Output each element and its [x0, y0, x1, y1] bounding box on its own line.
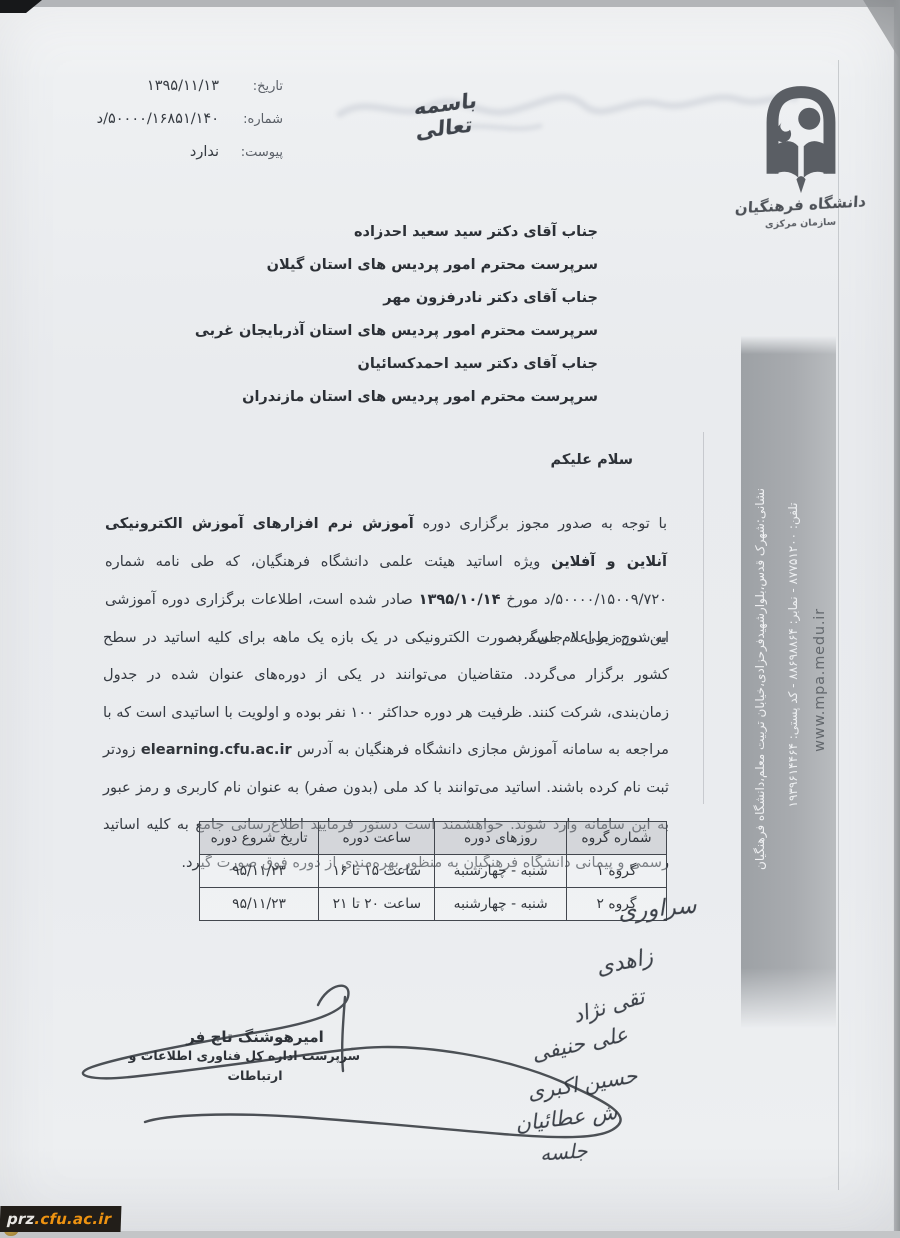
header-group-number: شماره گروه [566, 822, 666, 855]
course-schedule-table: شماره گروه روزهای دوره ساعت دوره تاریخ ش… [199, 821, 667, 921]
salutation: سلام علیکم [551, 452, 634, 468]
recipient-line: جناب آقای دکتر سید احمدکسائیان [195, 348, 598, 381]
university-logo: دانشگاه فرهنگیان سازمان مرکزی [733, 82, 868, 229]
recipient-line: سرپرست محترم امور پردیس های استان گیلان [195, 249, 598, 282]
paper-fold-line [703, 432, 704, 804]
signer-block: امیرهوشنگ تاج فر سرپرست اداره کل فناوری … [150, 1028, 360, 1086]
recipient-line: سرپرست محترم امور پردیس های استان آذربای… [195, 315, 598, 348]
table-row: گروه ۱ شنبه - چهارشنبه ساعت ۱۵ تا ۱۶ ۹۵/… [200, 855, 667, 888]
letter-meta-block: تاریخ: ۱۳۹۵/۱۱/۱۳ شماره: ۵۰۰۰۰/۱۶۸۵۱/۱۴۰… [97, 78, 283, 177]
watermark-prefix: prz [7, 1210, 35, 1228]
paper-edge-line [838, 60, 839, 1190]
meta-date-row: تاریخ: ۱۳۹۵/۱۱/۱۳ [97, 78, 283, 111]
cell-days: شنبه - چهارشنبه [435, 855, 566, 888]
date-value: ۱۳۹۵/۱۱/۱۳ [147, 78, 219, 94]
header-course-time: ساعت دوره [319, 822, 435, 855]
letterhead-phone-fax: تلفن: ۸۷۷۵۱۲۰۰ - نمابر: ۸۸۶۹۸۸۶۴ - کد پس… [786, 420, 800, 890]
scan-edge-bottom [0, 1231, 900, 1238]
cell-days: شنبه - چهارشنبه [435, 888, 566, 921]
header-start-date: تاریخ شروع دوره [200, 822, 319, 855]
recipient-line: سرپرست محترم امور پردیس های استان مازندر… [195, 381, 598, 414]
signer-title-line1: سرپرست اداره کل فناوری اطلاعات و [150, 1046, 360, 1066]
table-header-row: شماره گروه روزهای دوره ساعت دوره تاریخ ش… [200, 822, 667, 855]
logo-org-name: دانشگاه فرهنگیان [733, 192, 869, 217]
signer-title-line2: ارتباطات [150, 1066, 360, 1086]
meta-number-row: شماره: ۵۰۰۰۰/۱۶۸۵۱/۱۴۰/د [97, 111, 283, 144]
table-row: گروه ۲ شنبه - چهارشنبه ساعت ۲۰ تا ۲۱ ۹۵/… [200, 888, 667, 921]
scan-edge-right [893, 0, 900, 1238]
p1-reference-date: ۱۳۹۵/۱۰/۱۴ [419, 591, 501, 608]
signer-name: امیرهوشنگ تاج فر [150, 1028, 360, 1046]
recipients-block: جناب آقای دکتر سید سعید احدزاده سرپرست م… [195, 216, 598, 414]
handwritten-name: جلسه [540, 1138, 589, 1165]
number-value: ۵۰۰۰۰/۱۶۸۵۱/۱۴۰/د [97, 111, 219, 127]
p1-text: مورخ [501, 591, 544, 608]
cell-time: ساعت ۱۵ تا ۱۶ [319, 855, 435, 888]
attachment-label: پیوست: [225, 145, 283, 160]
p2-text: این دوره طی ۸ جلسه بصورت الکترونیکی در ی… [103, 629, 669, 759]
recipient-line: جناب آقای دکتر سید سعید احدزاده [195, 216, 598, 249]
logo-sub-name: سازمان مرکزی [733, 216, 868, 232]
p1-text: با توجه به صدور مجوز برگزاری دوره [414, 515, 667, 532]
p1-text: ویژه اساتید هیئت علمی دانشگاه فرهنگیان، … [105, 553, 551, 570]
cell-date: ۹۵/۱۱/۲۳ [200, 888, 319, 921]
date-label: تاریخ: [225, 79, 283, 94]
cell-group: گروه ۱ [566, 855, 666, 888]
cell-time: ساعت ۲۰ تا ۲۱ [319, 888, 435, 921]
attachment-value: ندارد [190, 144, 219, 160]
watermark-domain: .cfu.ac.ir [34, 1210, 111, 1228]
p1-reference-number: ۵۰۰۰۰/۱۵۰۰۹/۷۲۰/د [544, 591, 667, 608]
recipient-line: جناب آقای دکتر نادرفزون مهر [195, 282, 598, 315]
farhangian-emblem-icon [755, 82, 847, 194]
letterhead-address: نشانی:شهرک قدس،بلوارشهیدفرحزادی،خیابان ت… [753, 359, 767, 999]
header-course-days: روزهای دوره [435, 822, 566, 855]
cell-date: ۹۵/۱۱/۲۳ [200, 855, 319, 888]
letterhead-website: www.mpa.medu.ir [812, 562, 828, 798]
elearning-url: elearning.cfu.ac.ir [141, 741, 292, 758]
meta-attachment-row: پیوست: ندارد [97, 144, 283, 177]
watermark-badge: prz.cfu.ac.ir [0, 1206, 122, 1232]
number-label: شماره: [225, 112, 283, 127]
scanned-letter-page: تاریخ: ۱۳۹۵/۱۱/۱۳ شماره: ۵۰۰۰۰/۱۶۸۵۱/۱۴۰… [0, 0, 900, 1238]
